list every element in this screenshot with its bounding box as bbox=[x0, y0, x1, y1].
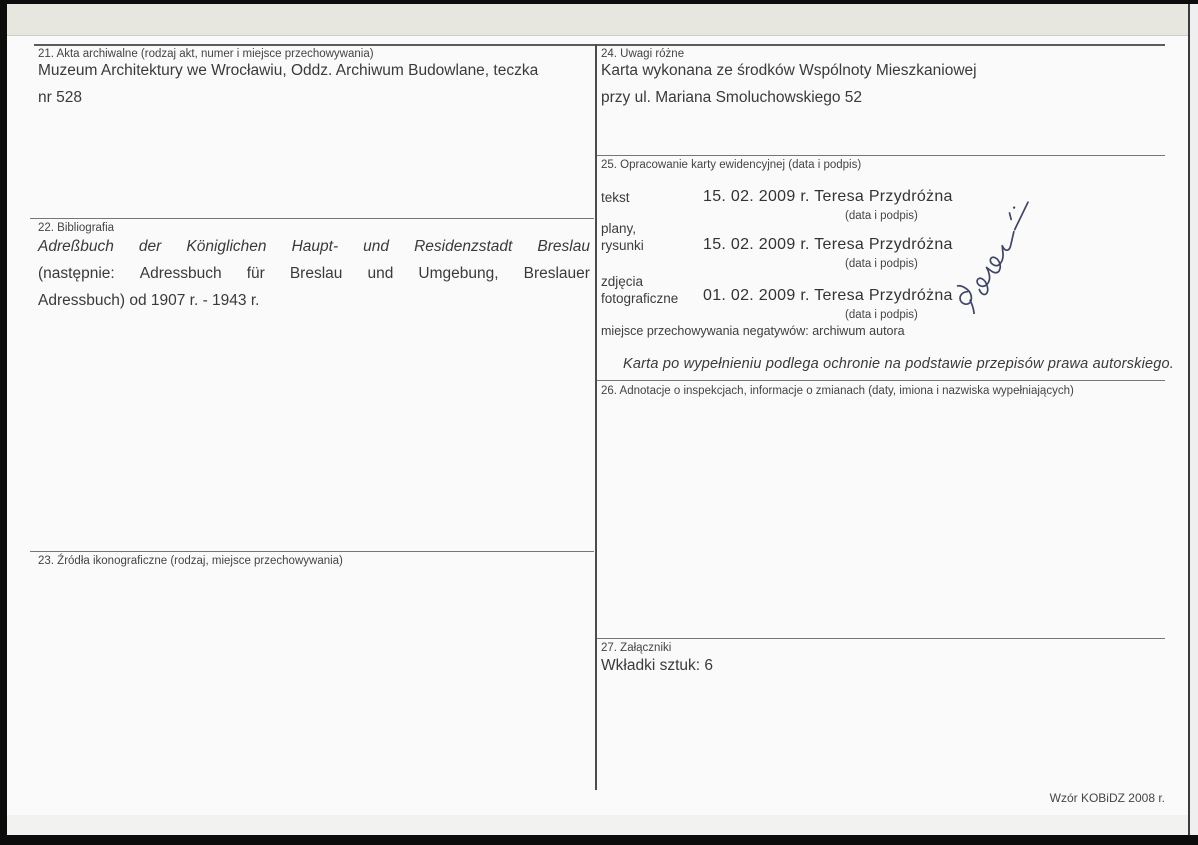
grid-line-column-divider bbox=[595, 44, 597, 790]
grid-line-section-23 bbox=[30, 551, 594, 552]
section-25-row-text-caption: (data i podpis) bbox=[845, 210, 918, 222]
section-25-row-plans-caption: (data i podpis) bbox=[845, 258, 918, 270]
section-27-content: Wkładki sztuk: 6 bbox=[601, 652, 713, 679]
section-22-line-2: (następnie:AdressbuchfürBreslauundUmgebu… bbox=[38, 260, 590, 287]
section-25-negatives-note: miejsce przechowywania negatywów: archiw… bbox=[601, 324, 905, 338]
section-24-content: Karta wykonana ze środków Wspólnoty Mies… bbox=[601, 57, 977, 111]
section-25-row-plans-label-2: rysunki bbox=[601, 238, 644, 253]
section-25-row-photos-label-2: fotograficzne bbox=[601, 291, 678, 306]
card-top-edge bbox=[0, 4, 1198, 36]
grid-line-section-26 bbox=[596, 380, 1165, 381]
section-25-row-photos-label-1: zdjęcia bbox=[601, 274, 643, 289]
section-21-line-1: Muzeum Architektury we Wrocławiu, Oddz. … bbox=[38, 57, 538, 84]
section-25-row-photos-value: 01. 02. 2009 r. Teresa Przydróżna bbox=[703, 287, 953, 305]
handwritten-signature bbox=[938, 196, 1088, 314]
signature-stroke-initial bbox=[948, 283, 987, 314]
card-right-edge bbox=[1188, 0, 1190, 835]
scan-edge-left bbox=[0, 0, 7, 838]
section-25-row-plans-value: 15. 02. 2009 r. Teresa Przydróżna bbox=[703, 236, 953, 254]
section-25-row-photos-caption: (data i podpis) bbox=[845, 309, 918, 321]
section-25-copyright-note: Karta po wypełnieniu podlega ochronie na… bbox=[623, 356, 1174, 372]
section-25-row-plans-label-1: plany, bbox=[601, 221, 636, 236]
section-21-content: Muzeum Architektury we Wrocławiu, Oddz. … bbox=[38, 57, 538, 111]
grid-line-section-25 bbox=[596, 155, 1165, 156]
section-22-content: AdreßbuchderKöniglichenHaupt-undResidenz… bbox=[38, 233, 590, 314]
grid-line-section-27 bbox=[596, 638, 1165, 639]
grid-line-section-22 bbox=[30, 218, 594, 219]
scan-edge-bottom bbox=[0, 835, 1198, 845]
signature-stroke-accent bbox=[1007, 213, 1013, 219]
form-template-footer: Wzór KOBiDZ 2008 r. bbox=[1050, 791, 1165, 805]
section-21-line-2: nr 528 bbox=[38, 84, 538, 111]
section-22-line-1: AdreßbuchderKöniglichenHaupt-undResidenz… bbox=[38, 233, 590, 260]
section-25-row-text-value: 15. 02. 2009 r. Teresa Przydróżna bbox=[703, 188, 953, 206]
grid-line-top bbox=[34, 44, 1165, 46]
section-25-row-text-label: tekst bbox=[601, 190, 630, 205]
section-26-label: 26. Adnotacje o inspekcjach, informacje … bbox=[601, 385, 1074, 397]
section-24-line-1: Karta wykonana ze środków Wspólnoty Mies… bbox=[601, 57, 977, 84]
signature-stroke-flourish bbox=[1007, 202, 1036, 229]
card-bottom-shade bbox=[7, 815, 1190, 835]
scanned-record-card: 21. Akta archiwalne (rodzaj akt, numer i… bbox=[0, 0, 1198, 845]
scan-right-gutter bbox=[1190, 0, 1198, 845]
scan-edge-top bbox=[0, 0, 1198, 4]
signature-stroke-surname bbox=[965, 232, 1033, 296]
section-24-line-2: przy ul. Mariana Smoluchowskiego 52 bbox=[601, 84, 977, 111]
section-25-label: 25. Opracowanie karty ewidencyjnej (data… bbox=[601, 159, 861, 171]
signature-dot bbox=[1012, 206, 1015, 209]
section-23-label: 23. Źródła ikonograficzne (rodzaj, miejs… bbox=[38, 555, 343, 567]
section-22-line-3: Adressbuch) od 1907 r. - 1943 r. bbox=[38, 287, 590, 314]
